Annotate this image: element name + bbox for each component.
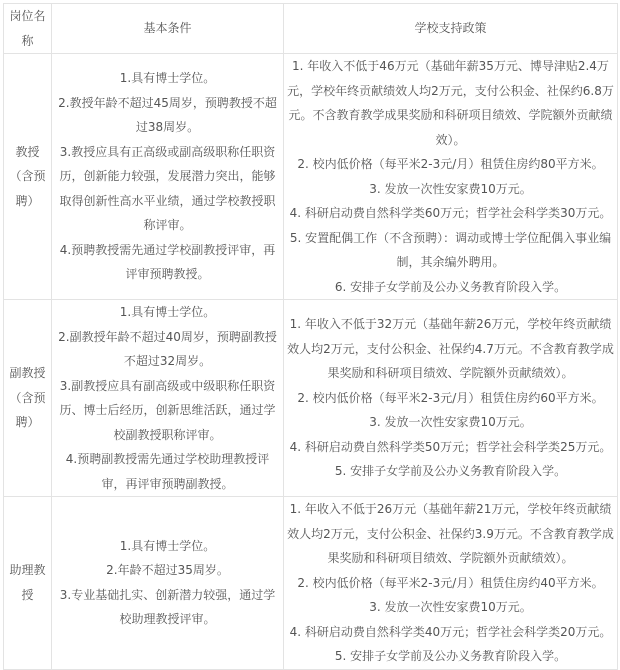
policy-item: 3. 发放一次性安家费10万元。 [286,410,615,435]
policy-item: 2. 校内低价格（每平米2-3元/月）租赁住房约60平方米。 [286,386,615,411]
conditions-cell: 1.具有博士学位。 2.年龄不超过35周岁。 3.专业基础扎实、创新潜力较强，通… [52,497,284,658]
policy-item: 1. 年收入不低于26万元（基础年薪21万元，学校年终贡献绩效人均2万元，支付公… [286,497,615,571]
table-header-row: 岗位名称 基本条件 学校支持政策 [4,4,618,54]
condition-item: 3.专业基础扎实、创新潜力较强，通过学校助理教授评审。 [54,583,281,632]
condition-item: 1.具有博士学位。 [54,534,281,559]
policy-item: 3. 发放一次性安家费10万元。 [286,595,615,620]
condition-item: 1.具有博士学位。 [54,300,281,325]
conditions-cell: 1.具有博士学位。 2.教授年龄不超过45周岁，预聘教授不超过38周岁。 3.教… [52,54,284,300]
condition-item: 4.预聘副教授需先通过学校助理教授评审，再评审预聘副教授。 [54,447,281,496]
policy-item: 5. 安置配偶工作（不含预聘）：调动或博士学位配偶入事业编制，其余编外聘用。 [286,226,615,275]
condition-item: 2.教授年龄不超过45周岁，预聘教授不超过38周岁。 [54,91,281,140]
position-name: 助理教授 [4,497,52,658]
condition-item: 2.年龄不超过35周岁。 [54,558,281,583]
policies-cell: 1. 年收入不低于26万元（基础年薪21万元，学校年终贡献绩效人均2万元，支付公… [284,497,618,658]
policy-item: 1. 年收入不低于32万元（基础年薪26万元，学校年终贡献绩效人均2万元，支付公… [286,312,615,386]
position-name: 教授（含预聘） [4,54,52,300]
policy-item: 4. 科研启动费自然科学类60万元；哲学社会科学类30万元。 [286,201,615,226]
policy-item: 6. 安排子女学前及公办义务教育阶段入学。 [286,275,615,300]
policies-cell: 1. 年收入不低于32万元（基础年薪26万元，学校年终贡献绩效人均2万元，支付公… [284,300,618,497]
header-policies: 学校支持政策 [284,4,618,54]
policy-item: 2. 校内低价格（每平米2-3元/月）租赁住房约80平方米。 [286,152,615,177]
header-position: 岗位名称 [4,4,52,54]
policy-item: 4. 科研启动费自然科学类50万元；哲学社会科学类25万元。 [286,435,615,460]
table-row-assistant-professor: 助理教授 1.具有博士学位。 2.年龄不超过35周岁。 3.专业基础扎实、创新潜… [4,497,618,658]
policy-item: 5. 安排子女学前及公办义务教育阶段入学。 [286,644,615,657]
policy-item: 3. 发放一次性安家费10万元。 [286,177,615,202]
policy-item: 1. 年收入不低于46万元（基础年薪35万元、博导津贴2.4万元，学校年终贡献绩… [286,54,615,152]
condition-item: 3.教授应具有正高级或副高级职称任职资历，创新能力较强，发展潜力突出，能够取得创… [54,140,281,238]
policy-item: 4. 科研启动费自然科学类40万元；哲学社会科学类20万元。 [286,620,615,645]
policy-item: 5. 安排子女学前及公办义务教育阶段入学。 [286,459,615,484]
policy-item: 2. 校内低价格（每平米2-3元/月）租赁住房约40平方米。 [286,571,615,596]
table-row-professor: 教授（含预聘） 1.具有博士学位。 2.教授年龄不超过45周岁，预聘教授不超过3… [4,54,618,300]
condition-item: 4.预聘教授需先通过学校副教授评审，再评审预聘教授。 [54,238,281,287]
conditions-cell: 1.具有博士学位。 2.副教授年龄不超过40周岁，预聘副教授不超过32周岁。 3… [52,300,284,497]
condition-item: 2.副教授年龄不超过40周岁，预聘副教授不超过32周岁。 [54,325,281,374]
condition-item: 3.副教授应具有副高级或中级职称任职资历、博士后经历，创新思维活跃，通过学校副教… [54,374,281,448]
position-name: 副教授（含预聘） [4,300,52,497]
table-row-associate-professor: 副教授（含预聘） 1.具有博士学位。 2.副教授年龄不超过40周岁，预聘副教授不… [4,300,618,497]
recruitment-policy-table: 岗位名称 基本条件 学校支持政策 教授（含预聘） 1.具有博士学位。 2.教授年… [3,3,618,657]
header-conditions: 基本条件 [52,4,284,54]
condition-item: 1.具有博士学位。 [54,66,281,91]
policies-cell: 1. 年收入不低于46万元（基础年薪35万元、博导津贴2.4万元，学校年终贡献绩… [284,54,618,300]
